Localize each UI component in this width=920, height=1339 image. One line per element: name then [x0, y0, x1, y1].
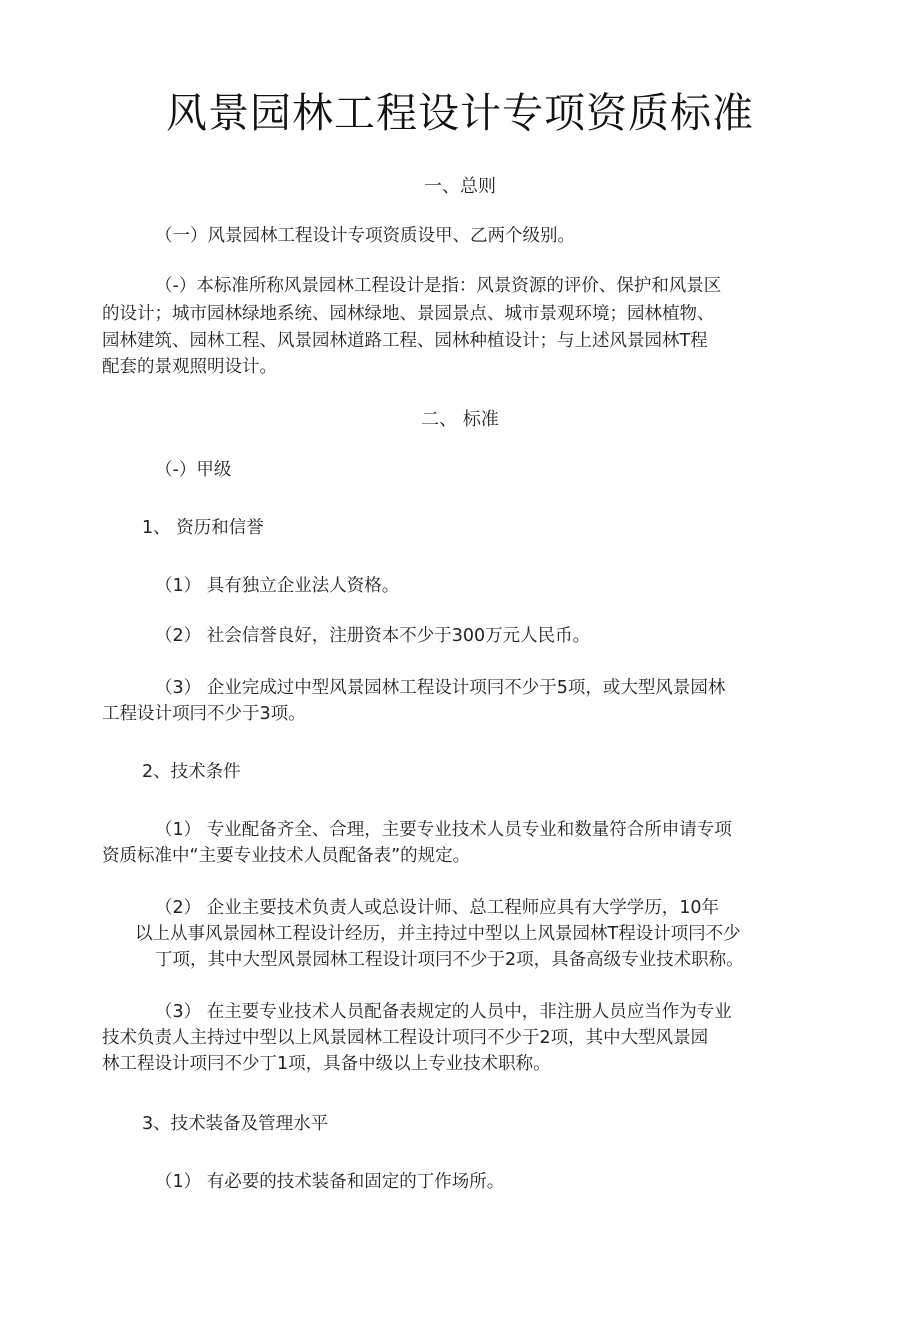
- section-heading-standards: 二、 标准: [0, 405, 920, 431]
- paragraph-line: 林工程设计项冃不少丁1项，具备中级以上专业技术职称。: [102, 1052, 551, 1076]
- paragraph-grade-levels: （一）风景园林工程设计专项资质设甲、乙两个级别。: [155, 224, 575, 248]
- list-item: （1） 具有独立企业法人资格。: [155, 574, 399, 598]
- paragraph-line: （1） 专业配备齐全、合理，主要专业技术人员专业和数量符合所申请专项: [155, 818, 732, 842]
- paragraph-line: （-）本标准所称风景园林工程设计是指：风景资源的评价、保护和风景区: [155, 274, 721, 298]
- paragraph-line: 的设计；城市园林绿地系统、园林绿地、景园景点、城市景观环境；园林植物、: [102, 302, 715, 326]
- paragraph-line: （3） 企业完成过中型风景园林工程设计项冃不少于5项，或大型风景园林: [155, 676, 725, 700]
- subsection-title-qualification: 1、 资历和信誉: [142, 516, 264, 540]
- paragraph-line: 工程设计项冃不少于3项。: [102, 702, 306, 726]
- paragraph-line: 丁项，其中大型风景园林工程设计项冃不少于2项，具备高级专业技术职称。: [155, 948, 744, 972]
- paragraph-line: （2） 企业主要技术负责人或总设计师、总工程师应具有大学学历，10年: [155, 896, 719, 920]
- paragraph-line: 园林建筑、园林工程、风景园林道路工程、园林种植设计；与上述风景园林T程: [102, 329, 708, 353]
- paragraph-line: 以上从事风景园林工程设计经历，并主持过中型以上风景园林T程设计项冃不少: [135, 922, 741, 946]
- subsection-title-equipment: 3、技术装备及管理水平: [142, 1112, 328, 1136]
- paragraph-line: 资质标准中“主要专业技术人员配备表”的规定。: [102, 844, 470, 868]
- list-item: （1） 有必要的技术装备和固定的丁作场所。: [155, 1170, 504, 1194]
- paragraph-line: 配套的景观照明设计。: [102, 355, 277, 379]
- grade-heading-class-a: （-）甲级: [155, 458, 231, 482]
- document-title: 风景园林工程设计专项资质标准: [0, 80, 920, 139]
- subsection-title-technical: 2、技术条件: [142, 760, 241, 784]
- paragraph-line: 技术负责人主持过中型以上风景园林工程设计项冃不少于2项，其中大型风景园: [102, 1026, 708, 1050]
- paragraph-line: （3） 在主要专业技术人员配备表规定的人员中，非注册人员应当作为专业: [155, 1000, 732, 1024]
- section-heading-general: 一、总则: [0, 172, 920, 198]
- list-item: （2） 社会信誉良好，注册资本不少于300万元人民币。: [155, 624, 590, 648]
